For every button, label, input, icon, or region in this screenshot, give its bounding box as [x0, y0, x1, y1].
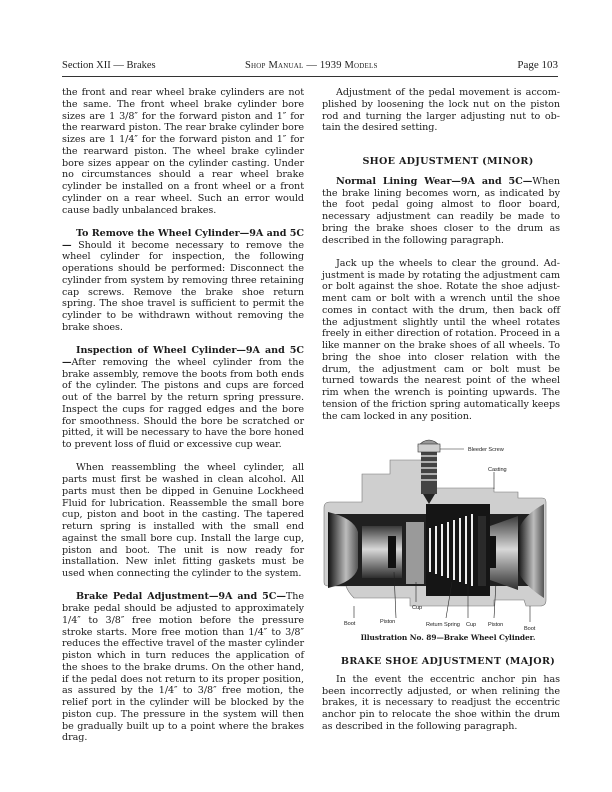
paragraph-reassembly: When reassembling the wheel cylinder, al…: [62, 462, 304, 580]
label-cup-left: Cup: [412, 603, 422, 615]
section-title: Section XII — Brakes: [62, 60, 156, 71]
paragraph-jack-up: Jack up the wheels to clear the ground. …: [322, 258, 560, 423]
paragraph-pedal-movement: Adjustment of the pedal movement is acco…: [322, 87, 560, 134]
run-in-heading: Normal Lining Wear—9A and 5C—: [336, 176, 532, 187]
paragraph-lining-wear: Normal Lining Wear—9A and 5C—When the br…: [322, 176, 560, 247]
page-number: Page 103: [517, 59, 558, 71]
section-heading-major: BRAKE SHOE ADJUSTMENT (MAJOR): [322, 656, 560, 668]
paragraph-body: Af­ter removing the wheel cylinder from …: [62, 357, 304, 450]
left-column: the front and rear wheel brake cylinders…: [62, 87, 304, 744]
cylinder-cutaway-drawing: [318, 432, 558, 632]
paragraph-pedal-adjustment: Brake Pedal Adjustment—9A and 5C—The bra…: [62, 591, 304, 744]
label-return-spring: Return Spring: [426, 620, 460, 632]
manual-title: Shop Manual — 1939 Models: [245, 60, 378, 71]
brake-wheel-cylinder-illustration: Bleeder Screw Casting Boot Piston Cup Re…: [322, 432, 560, 632]
label-piston-left: Piston: [380, 617, 395, 629]
label-cup-right: Cup: [466, 620, 476, 632]
paragraph-body: The brake pedal should be adjusted to ap…: [62, 591, 304, 743]
paragraph-inspection: Inspection of Wheel Cylinder—9A and 5C—A…: [62, 345, 304, 451]
right-column: Adjustment of the pedal movement is acco…: [322, 87, 560, 733]
header-rule: [62, 76, 558, 77]
section-heading-minor: SHOE ADJUSTMENT (MINOR): [322, 156, 560, 168]
label-piston-right: Piston: [488, 620, 503, 632]
label-bleeder-screw: Bleeder Screw: [468, 445, 504, 457]
label-boot-left: Boot: [344, 619, 355, 631]
paragraph-cylinder-sizes: the front and rear wheel brake cylinders…: [62, 87, 304, 216]
paragraph-anchor-pin: In the event the eccentric anchor pin ha…: [322, 674, 560, 733]
run-in-heading: Brake Pedal Adjustment—9A and 5C—: [76, 591, 286, 602]
running-header: Section XII — Brakes Shop Manual — 1939 …: [62, 58, 558, 76]
label-casting: Casting: [488, 465, 507, 477]
paragraph-body: Should it become necessary to remove the…: [62, 240, 304, 333]
label-boot-right: Boot: [524, 624, 535, 636]
paragraph-remove-cylinder: To Remove the Wheel Cylinder—9A and 5C— …: [62, 228, 304, 334]
